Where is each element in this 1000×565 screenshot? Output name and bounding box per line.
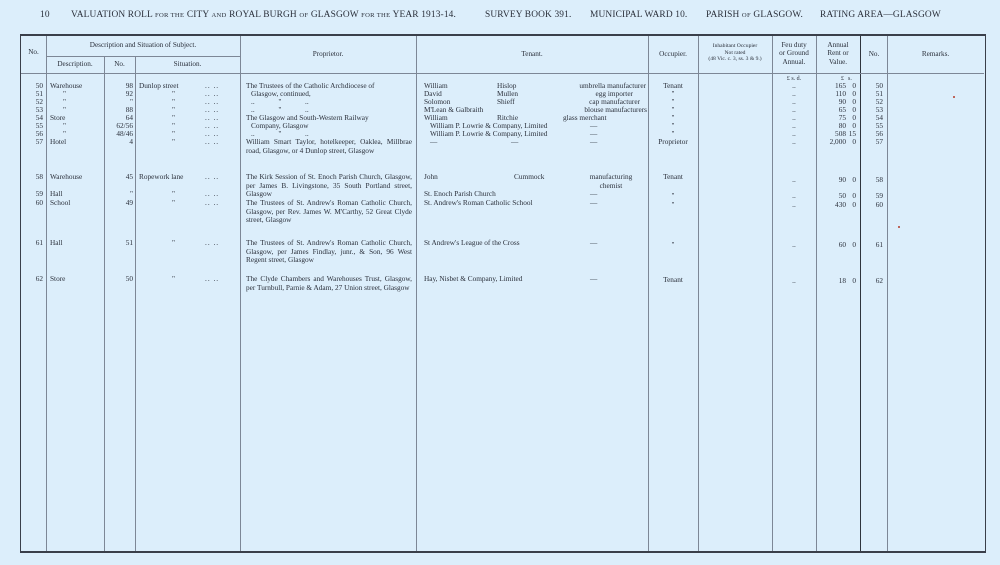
header-no: No. <box>21 48 46 56</box>
survey-book: SURVEY BOOK 391. <box>485 10 571 20</box>
col-divider <box>240 36 241 551</box>
col-divider <box>135 56 136 551</box>
paper-speck <box>953 96 955 98</box>
col-divider <box>887 36 888 551</box>
header-occupier: Occupier. <box>648 50 698 58</box>
valuation-table: No. Description and Situation of Subject… <box>20 34 986 553</box>
header-inhabitant-occupier: Inhabitant Occupier Not rated (48 Vic. c… <box>698 43 772 63</box>
header-tenant: Tenant. <box>416 50 648 58</box>
paper-speck <box>898 226 900 228</box>
rating-area: RATING AREA—GLASGOW <box>820 10 941 20</box>
header-situation: Situation. <box>135 60 240 68</box>
municipal-ward: MUNICIPAL WARD 10. <box>590 10 687 20</box>
header-proprietor: Proprietor. <box>240 50 416 58</box>
roll-title: VALUATION ROLL FOR THE CITY AND ROYAL BU… <box>71 10 456 20</box>
header-sub-no: No. <box>104 60 135 68</box>
header-annual-rent: Annual Rent or Value. <box>816 41 860 66</box>
header-remarks: Remarks. <box>887 50 984 58</box>
header-no-right: No. <box>861 50 887 58</box>
page-header: 10 VALUATION ROLL FOR THE CITY AND ROYAL… <box>0 10 1000 24</box>
header-description: Description. <box>46 60 104 68</box>
header-subdivider <box>46 56 240 57</box>
header-bottom-rule <box>21 73 984 74</box>
page-number: 10 <box>40 10 50 20</box>
parish: PARISH OF GLASGOW. <box>706 10 803 20</box>
header-feu-duty: Feu duty or Ground Annual. <box>772 41 816 66</box>
col-divider <box>46 36 47 551</box>
header-description-group: Description and Situation of Subject. <box>46 41 240 49</box>
col-divider <box>416 36 417 551</box>
col-divider <box>698 36 699 551</box>
